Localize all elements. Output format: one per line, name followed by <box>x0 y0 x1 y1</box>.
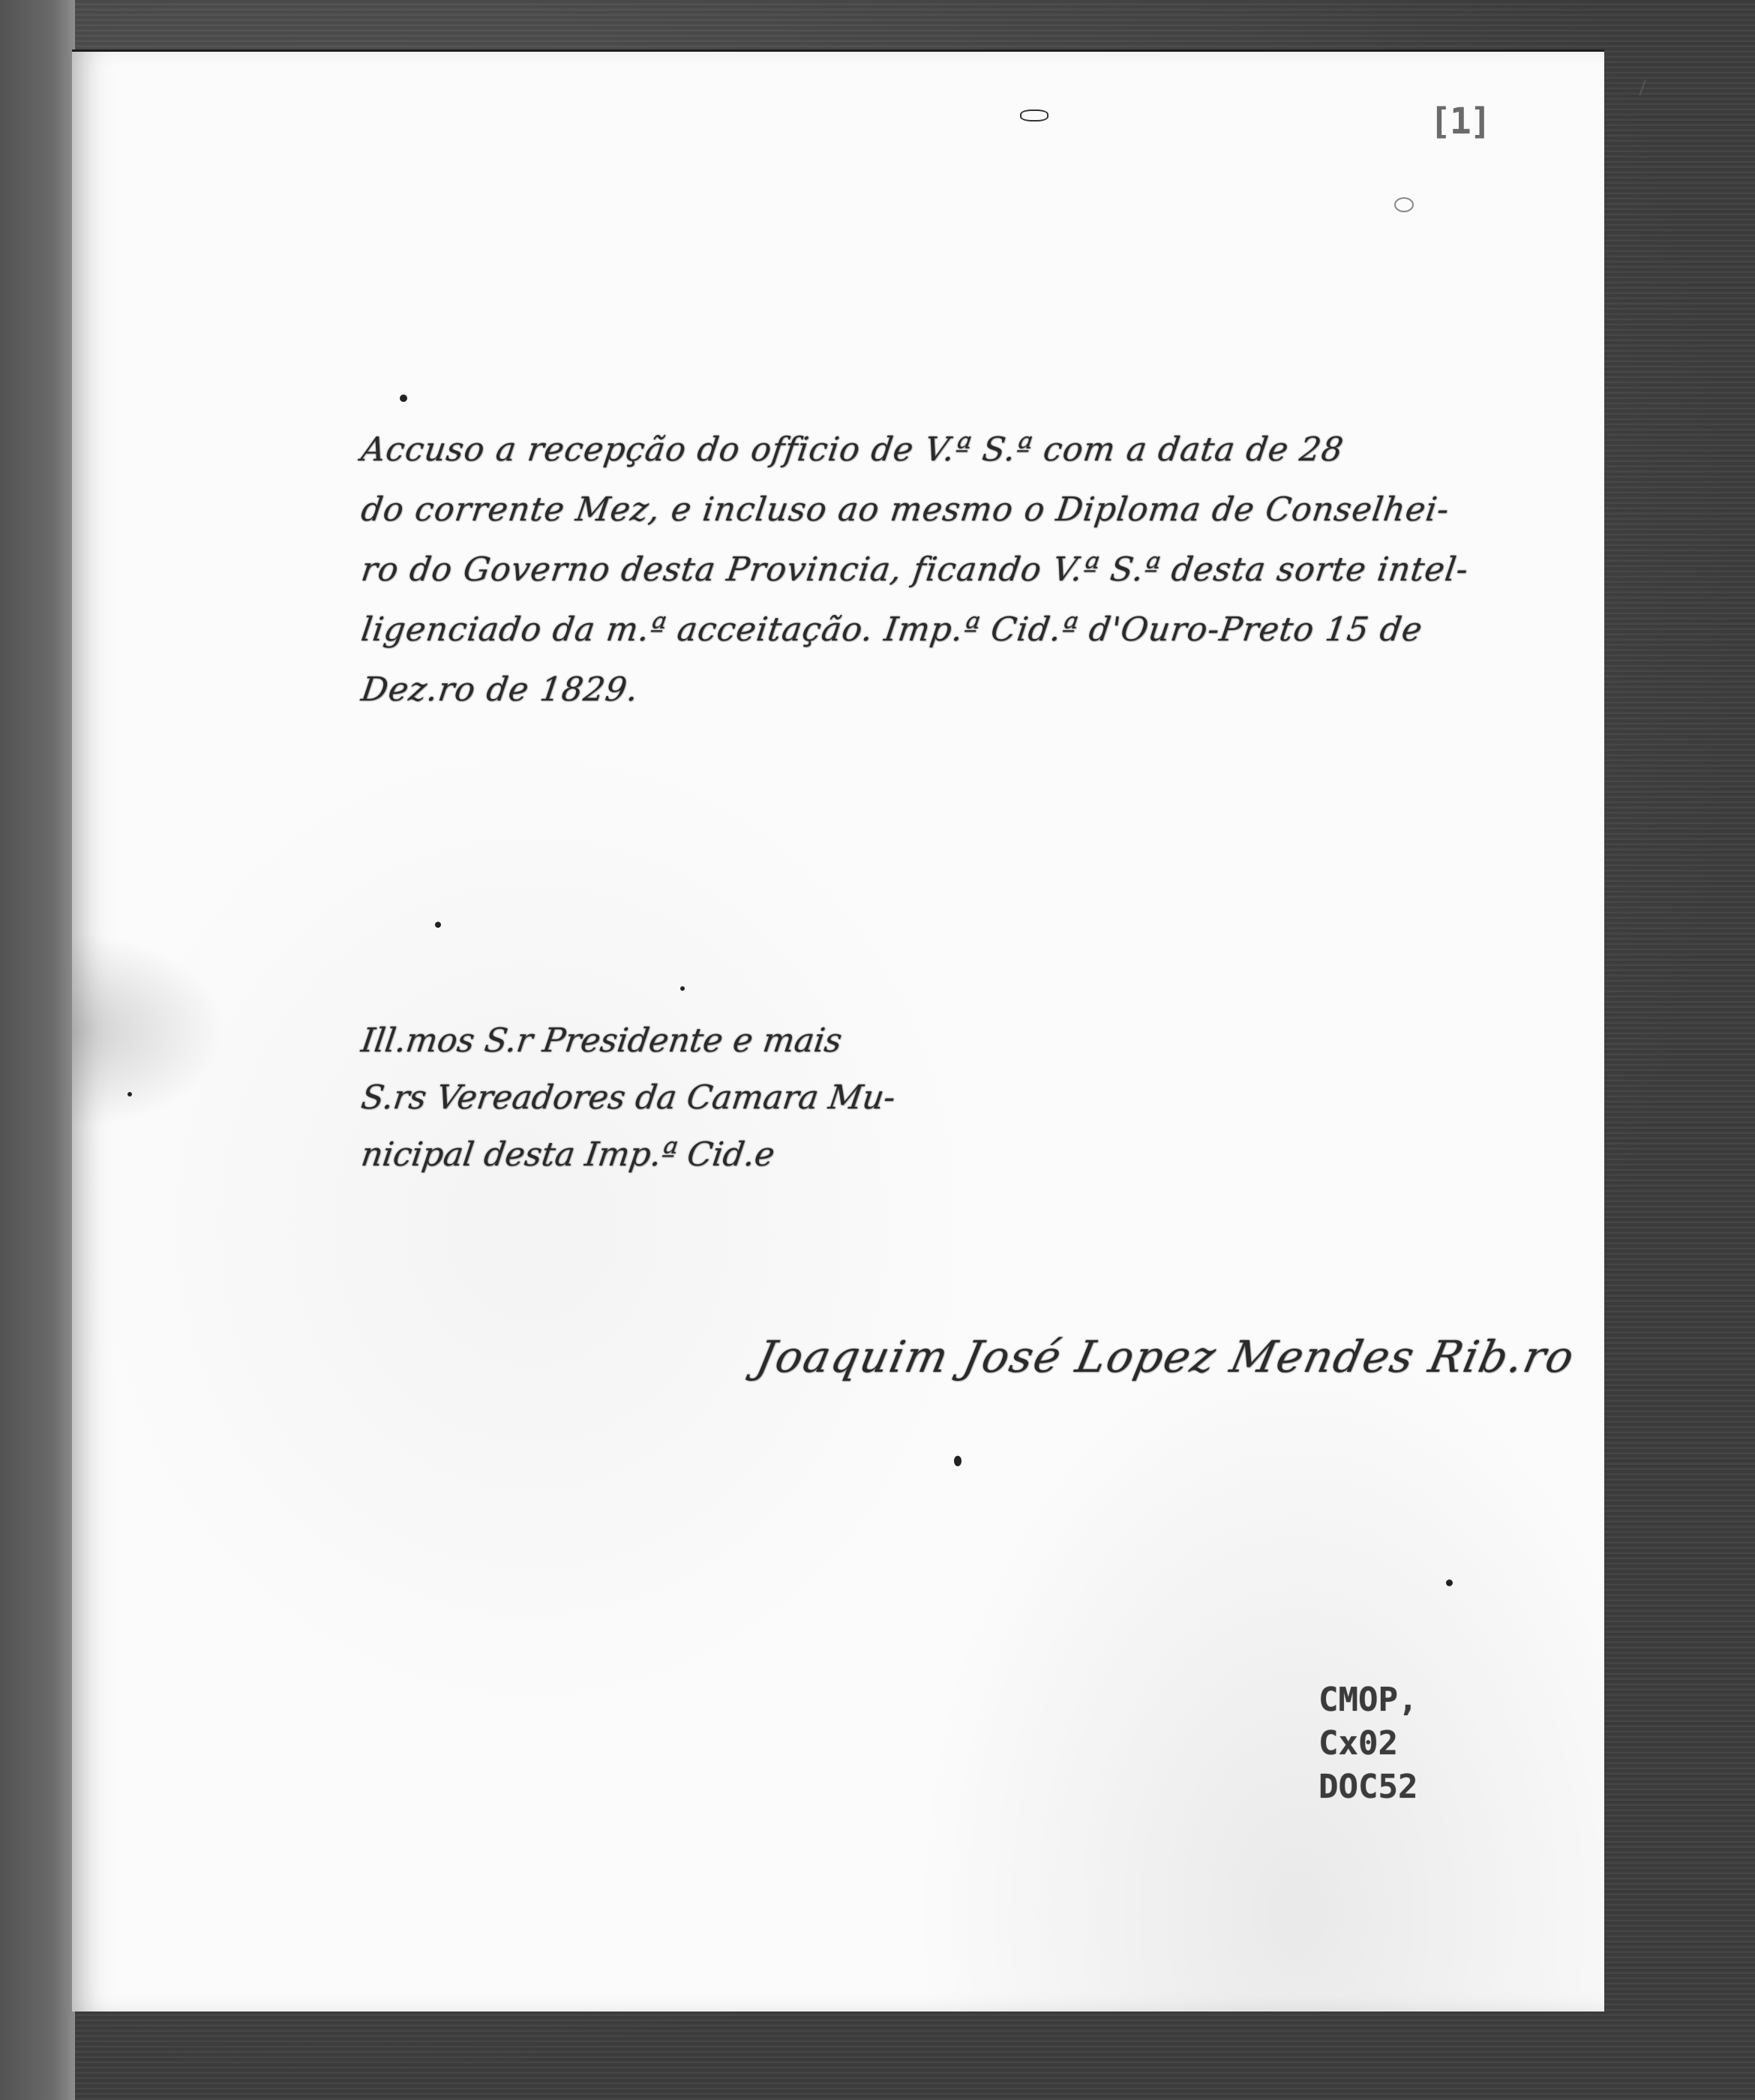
archive-ref-collection: CMOP, <box>1318 1678 1417 1722</box>
address-line: nicipal desta Imp.ª Cid.e <box>358 1126 899 1183</box>
folio-number-stamp: [1] <box>1429 100 1490 142</box>
ink-speck <box>954 1456 961 1466</box>
ink-speck <box>1446 1579 1453 1586</box>
body-line: Accuso a recepção do officio de V.ª S.ª … <box>357 420 1535 480</box>
ink-speck <box>127 1092 132 1096</box>
archive-ref-box: Cx02 <box>1318 1722 1417 1765</box>
paper-clip-mark <box>1020 109 1048 121</box>
body-line: Dez.ro de 1829. <box>357 660 1535 720</box>
ink-speck <box>680 986 685 991</box>
letter-body: Accuso a recepção do officio de V.ª S.ª … <box>361 420 1531 720</box>
scan-background-left-edge <box>0 0 75 2100</box>
archive-ref-doc: DOC52 <box>1318 1765 1417 1809</box>
ink-speck <box>400 394 407 402</box>
hole-mark <box>1394 197 1414 212</box>
addressee-block: Ill.mos S.r Presidente e mais S.rs Verea… <box>361 1012 895 1183</box>
ink-speck <box>435 922 441 928</box>
body-line: ro do Governo desta Provincia, ficando V… <box>357 540 1535 600</box>
address-line: S.rs Vereadores da Camara Mu- <box>358 1069 899 1126</box>
address-line: Ill.mos S.r Presidente e mais <box>358 1012 899 1069</box>
paper-top-edge <box>72 49 1604 52</box>
body-line: do corrente Mez, e incluso ao mesmo o Di… <box>357 480 1535 540</box>
body-line: ligenciado da m.ª acceitação. Imp.ª Cid.… <box>357 600 1535 660</box>
pencil-mark <box>1639 79 1645 95</box>
archive-reference-stamp: CMOP, Cx02 DOC52 <box>1318 1678 1417 1809</box>
signature: Joaquim José Lopez Mendes Rib.ro <box>752 1331 1579 1382</box>
